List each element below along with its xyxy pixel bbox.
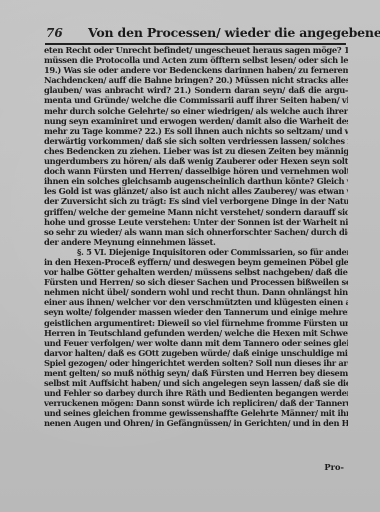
text-line: Spiel gezogen/ oder hingerichtet werden … [44, 358, 348, 368]
text-line: selbst mit Auffsicht haben/ und sich ang… [44, 378, 348, 388]
text-line: eten Recht oder Unrecht befindet/ ungesc… [44, 45, 348, 55]
text-line: ungerdumbers zu hören/ als daß wenig Zau… [44, 156, 348, 166]
text-line: derwärtig vorkommen/ daß sie sich solten… [44, 136, 348, 146]
text-line: vor halbe Götter gehalten werden/ müssen… [44, 267, 348, 277]
text-line: so sehr zu wieder/ als wann man sich ohn… [44, 227, 348, 237]
text-line: der andere Meynung einnehmen lässet. [44, 237, 348, 247]
text-line: einer aus ihnen/ welcher vor den verschm… [44, 297, 348, 307]
catchword: Pro- [324, 462, 344, 472]
text-line: und Feuer verfolgen/ wer wolte dann mit … [44, 338, 348, 348]
text-line: seyn wolte/ folgender massen wieder den … [44, 307, 348, 317]
text-line: verruckenen mögen: Dann sonst würde ich … [44, 398, 348, 408]
text-line: mehr zu Tage komme? 22.) Es soll ihnen a… [44, 126, 348, 136]
text-line: nehmen nicht übel/ sondern wohl und rech… [44, 287, 348, 297]
body-text: eten Recht oder Unrecht befindet/ ungesc… [44, 45, 348, 429]
text-line: ment gelten/ so muß nöthig seyn/ daß Für… [44, 368, 348, 378]
text-line: ches Bedencken zu ziehen. Lieber was ist… [44, 146, 348, 156]
text-line: hohe und grosse Leute verstehen: Unter d… [44, 217, 348, 227]
text-line: nenen Augen und Ohren/ in Gefängnüssen/ … [44, 418, 348, 428]
text-line: mehr durch solche Gelehrte/ so einer wie… [44, 106, 348, 116]
text-line: der Zuversicht sich zu trägt: Es sind vi… [44, 196, 348, 206]
running-head: Von den Processen/ wieder die angegebene [88, 25, 380, 40]
text-line: und Fehler so darbey durch ihre Räth und… [44, 388, 348, 398]
text-line: 19.) Was sie oder andere vor Bedenckens … [44, 65, 348, 75]
text-line: und seines gleichen fromme gewissenshaff… [44, 408, 348, 418]
text-line: in den Hexen-Proceß eyffern/ und deswege… [44, 257, 348, 267]
text-line: ihnen ein solches gleichsamb augenschein… [44, 176, 348, 186]
text-line: nung seyn examiniret und erwogen werden/… [44, 116, 348, 126]
text-line: Nachdencken/ auff die Bahne bringen? 20.… [44, 75, 348, 85]
text-line: menta und Gründe/ welche die Commissarii… [44, 95, 348, 105]
page-number: 76 [46, 26, 63, 40]
page-header: 76 Von den Processen/ wieder die angegeb… [46, 26, 346, 42]
text-line: Herren in Teutschland gefunden werden/ w… [44, 328, 348, 338]
text-line: müssen die Protocolla und Acten zum öfft… [44, 55, 348, 65]
text-line: griffen/ welche der gemeine Mann nicht v… [44, 207, 348, 217]
text-line: §. 5 VI. Diejenige Inquisitoren oder Com… [44, 247, 348, 257]
text-line: geistlichen argumentiret: Dieweil so vie… [44, 318, 348, 328]
text-line: Fürsten und Herren/ so sich dieser Sache… [44, 277, 348, 287]
text-line: les Gold ist was glänzet/ also ist auch … [44, 186, 348, 196]
text-line: darvor halten/ daß es GOtt zugeben würde… [44, 348, 348, 358]
book-page: 76 Von den Processen/ wieder die angegeb… [0, 0, 380, 512]
text-line: glauben/ was anbracht wird? 21.) Sondern… [44, 85, 348, 95]
text-line: doch wann Fürsten und Herren/ dasselbige… [44, 166, 348, 176]
